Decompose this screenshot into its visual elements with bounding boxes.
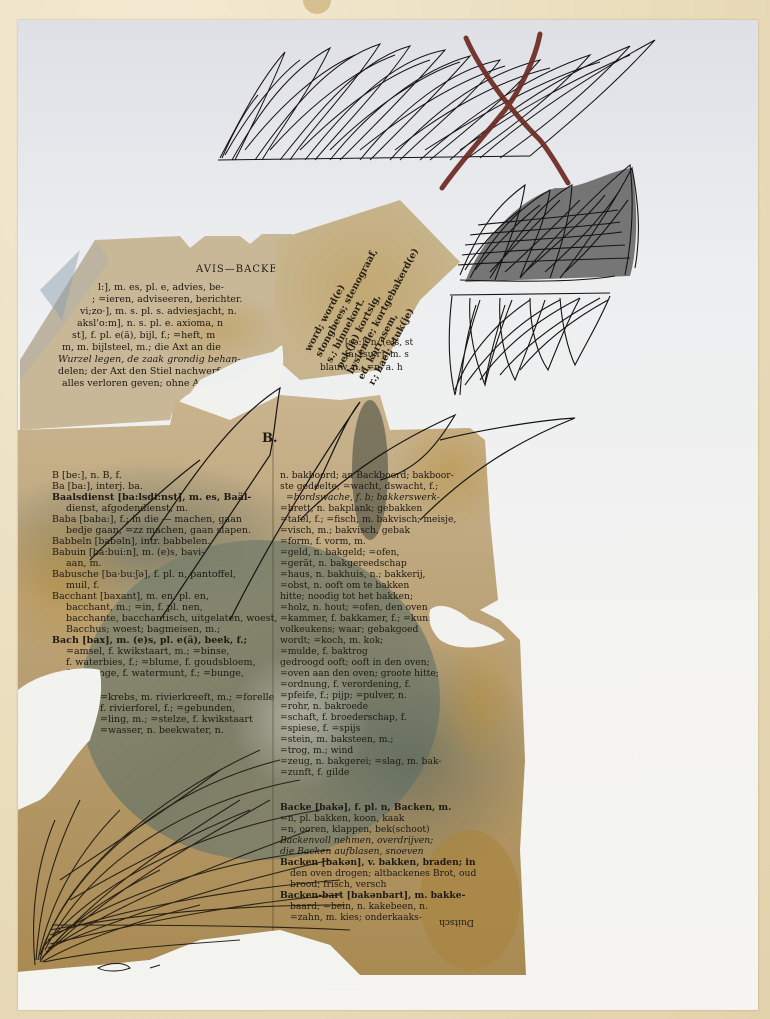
dict-line: alles verloren geven; ohne Axt xyxy=(62,378,209,389)
dict-line: muil, f. xyxy=(66,580,99,591)
dict-footer: Duitsch xyxy=(439,917,474,927)
dict-line: st], f. pl. e(ä), bijl, f.; =heft, m xyxy=(72,330,215,341)
dict-line: Babusche [ba·bu:ʃə], f. pl. n, pantoffel… xyxy=(52,569,236,580)
dict-line: =amsel, f. kwikstaart, m.; =binse, xyxy=(66,646,230,657)
dict-line: =ling, m.; =stelze, f. kwikstaart xyxy=(100,714,253,725)
dict-line: volkeukens; waar; gebakgoed xyxy=(279,624,419,635)
dict-line: =krebs, m. rivierkreeft, m.; =forelle xyxy=(100,692,275,703)
dict-line: B [be:], n. B, f. xyxy=(52,470,122,481)
section-letter: B. xyxy=(262,431,278,446)
dict-line: Backen [bakən], v. bakken, braden; in xyxy=(280,857,476,868)
dict-line: Bach [bax], m. (e)s, pl. e(ä), beek, f.; xyxy=(52,635,247,646)
dict-line: =zunft, f. gilde xyxy=(280,767,349,778)
horizontal-scribble-top xyxy=(218,40,655,160)
dict-line: Baalsdienst [ba:lsdi:nst], m. es, Baäl- xyxy=(52,492,251,503)
dict-line: =zeug, n. bakgerei; =slag, m. bak- xyxy=(280,756,441,767)
dict-line: Backenvoll nehmen, overdrijven; xyxy=(279,835,433,846)
dict-line: =kammer, f. bakkamer, f.; =kunst xyxy=(280,613,437,624)
dictionary-fragment-rotated: word; word(e) stongbees; stenograaf, s.;… xyxy=(272,200,460,388)
dict-line: =zahn, m. kies; onderkaaks- xyxy=(290,912,422,923)
x-mark xyxy=(442,34,568,188)
dict-line: wordt; =koch, m. kok; xyxy=(280,635,383,646)
dict-line: hitte; noodig tot het bakken; xyxy=(280,591,413,602)
dict-line: die Backen aufblasen, snoeven xyxy=(280,846,424,857)
dict-line: ste gedeelte; =wacht, dswacht, f.; xyxy=(280,481,438,492)
dict-line: Backe [bakə], f. pl. n, Backen, m. xyxy=(280,802,451,813)
dict-line: delen; der Axt den Stiel nachwerfen xyxy=(58,366,232,377)
dict-line: aksl'o:m], n. s. pl. e. axioma, n xyxy=(77,318,223,329)
dict-line: blauw, n.; =n. a. h xyxy=(320,363,403,373)
dict-line: dienst, afgodendienst, m. xyxy=(66,503,188,514)
dict-line: bacchante, bacchantisch, uitgelaten, woe… xyxy=(66,613,277,624)
dict-line: Baba [baba:], f.; in die — machen, gaan xyxy=(52,514,242,525)
dict-line: ; =ieren, adviseeren, berichter. xyxy=(92,294,242,305)
dict-line: =stein, m. baksteen, m.; xyxy=(280,734,394,745)
dict-line: =obst, n. ooft om te bakken xyxy=(280,580,409,591)
dict-line: Ba [ba:], interj. ba. xyxy=(52,481,143,492)
artwork-canvas: AVIS—BACKENDRU l:], m. es, pl. e, advies… xyxy=(0,0,770,1019)
dict-line: Backen-bart [bakənbart], m. bakke- xyxy=(280,890,466,901)
dict-line: =wasser, n. beekwater, n. xyxy=(100,725,224,736)
dict-line: =pfeife, f.; pijp; =pulver, n. xyxy=(280,690,407,701)
dict-line: vi;zo·], m. s. pl. s. adviesjacht, n. xyxy=(79,306,237,317)
dict-line: =mulde, f. baktrog xyxy=(280,646,368,657)
dict-line: Wurzel legen, de zaak grondig behan- xyxy=(58,354,241,365)
dict-line: f. waterbies, f.; =blume, f. goudsbloem, xyxy=(66,657,256,668)
dict-line: [a:'tsu:r], m. s xyxy=(345,350,409,360)
dict-line: =geld, n. bakgeld; =ofen, xyxy=(280,547,399,558)
dict-line: =holz, n. hout; =ofen, den oven xyxy=(280,602,428,613)
dict-line: Bacchus; woest; bagmeisen, m.; xyxy=(66,624,220,635)
dict-line: =haus, n. bakhuis, n.; bakkerij, xyxy=(280,569,426,580)
dict-line: f. rivierforel, f.; =gebunden, xyxy=(100,703,235,714)
dict-line: n. bakboord; an Backboord; bakboor- xyxy=(280,470,454,481)
dict-line: =bordswache, f. b; bakkerswerk- xyxy=(286,492,440,503)
dict-line: aan, m. xyxy=(66,558,102,569)
dict-line: Babbeln [babəln], intr. babbelen. xyxy=(52,536,211,547)
dict-line: m, m. bijlsteel, m.; die Axt an die xyxy=(62,342,221,353)
dict-line: =spiese, f. =spijs xyxy=(280,723,361,734)
dict-line: [sə:], n. (e)s, st xyxy=(345,337,414,348)
dict-line: =ordnung, f. verordening, f. xyxy=(280,679,411,690)
dict-line: =visch, m.; bakvisch, gebak xyxy=(280,525,410,536)
dict-line: bacchant, m.; =in, f. pl. nen, xyxy=(66,602,203,613)
dict-line: =trog, m.; wind xyxy=(280,745,353,756)
dense-scribble-fill xyxy=(465,168,636,282)
dict-line: baard; =bein, n. kakebeen, n. xyxy=(290,901,428,912)
dict-line: =gerät, n. bakgereedschap xyxy=(280,558,407,569)
dict-line: den oven drogen; altbackenes Brot, oud xyxy=(290,868,476,879)
dict-line: =brett, n. bakplank; gebakken xyxy=(280,503,422,514)
dict-line: =n, pl. bakken, koon, kaak xyxy=(280,813,405,824)
dict-line: Bacchant [baxant], m. en, pl. en, xyxy=(52,591,209,602)
dict-line: =rohr, n. bakroede xyxy=(280,701,368,712)
loop-scribble-right xyxy=(449,293,610,395)
dict-line: =tafel, f.; =fisch, m. bakvisch; meisje, xyxy=(280,514,456,525)
dict-line: =oven aan den oven; groote hitte; xyxy=(280,668,439,679)
dict-line: Babuin [ba:bui:n], m. (e)s, bavi- xyxy=(52,547,204,558)
dict-line: l:], m. es, pl. e, advies, be- xyxy=(98,282,224,293)
dict-line: gedroogd ooft; ooft in den oven; xyxy=(280,657,430,668)
dict-line: =form, f. vorm, m. xyxy=(280,536,366,547)
dict-line: =schaft, f. broederschap, f. xyxy=(280,712,407,723)
